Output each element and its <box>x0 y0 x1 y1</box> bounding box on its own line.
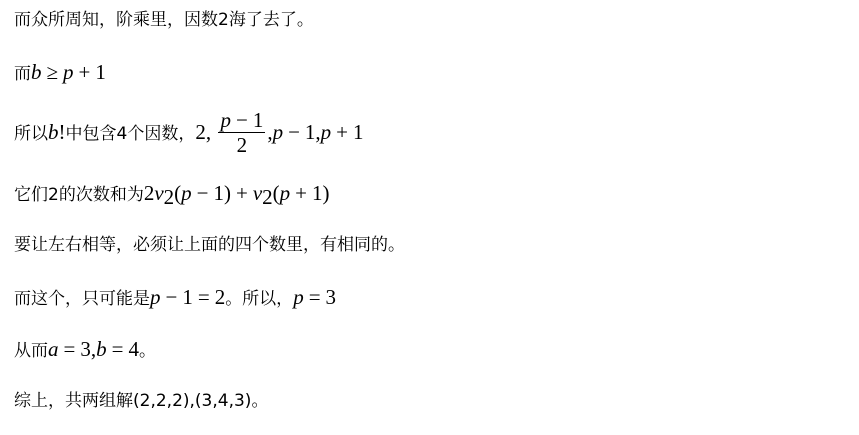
math-four: 4 <box>128 337 139 361</box>
math-factorial: ! <box>59 120 66 144</box>
math-one: 1 <box>95 60 106 84</box>
math-b: b <box>31 60 42 84</box>
math-v: v <box>154 181 163 205</box>
math-three: 3, <box>80 337 96 361</box>
math-two: 2 <box>144 181 155 205</box>
lparen2: ( <box>273 181 280 205</box>
math-plus: + <box>74 60 96 84</box>
fraction: p−1 2 <box>218 108 265 157</box>
math-b: b <box>96 337 107 361</box>
prefix: 而这个，只可能是 <box>14 289 150 309</box>
math-minus: − <box>161 285 183 309</box>
num-minus: − <box>231 108 253 132</box>
fraction-numerator: p−1 <box>218 108 265 133</box>
rparen2: ) <box>323 181 330 205</box>
text-line-2: 而b≥p+1 <box>14 60 106 86</box>
text-line-1: 而众所周知，阶乘里，因数2海了去了。 <box>14 8 314 32</box>
math-plus: + <box>231 181 253 205</box>
math-eq2: = <box>107 337 129 361</box>
math-one: 1, <box>305 120 321 144</box>
prefix: 而 <box>14 64 31 84</box>
math-sub: 2 <box>164 185 175 209</box>
text-line-6: 而这个，只可能是p−1=2。所以，p=3 <box>14 285 336 311</box>
text-line-3: 所以b!中包含4个因数，2, p−1 2 ,p−1,p+1 <box>14 104 364 162</box>
suffix: 。 <box>139 341 156 361</box>
middle-text: 中包含4个因数， <box>66 124 196 144</box>
math-one: 1 <box>182 285 193 309</box>
math-three: 3 <box>326 285 337 309</box>
num-one: 1 <box>253 108 264 132</box>
text-line-5: 要让左右相等，必须让上面的四个数里，有相同的。 <box>14 233 405 257</box>
math-p: p <box>150 285 161 309</box>
num-p: p <box>220 108 231 132</box>
math-eq2: = <box>304 285 326 309</box>
math-p2: p <box>280 181 291 205</box>
math-a: a <box>48 337 59 361</box>
math-b: b <box>48 120 59 144</box>
fraction-denominator: 2 <box>218 133 265 157</box>
math-plus: + <box>331 120 353 144</box>
math-plus2: + <box>290 181 312 205</box>
math-geq: ≥ <box>42 60 64 84</box>
math-v2: v <box>253 181 262 205</box>
math-one2: 1 <box>353 120 364 144</box>
math-p: p <box>273 120 284 144</box>
text-line-7: 从而a=3,b=4。 <box>14 337 156 363</box>
math-p2: p <box>321 120 332 144</box>
text-line-8: 综上，共两组解(2,2,2),(3,4,3)。 <box>14 389 268 413</box>
prefix: 所以 <box>14 124 48 144</box>
math-minus: − <box>283 120 305 144</box>
math-two: 2 <box>215 285 226 309</box>
prefix: 它们2的次数和为 <box>14 185 144 205</box>
prefix: 从而 <box>14 341 48 361</box>
math-two: 2, <box>195 120 211 144</box>
text-line-4: 它们2的次数和为2v2(p−1)+v2(p+1) <box>14 181 330 209</box>
math-eq: = <box>193 285 215 309</box>
rparen: ) <box>224 181 231 205</box>
math-sub2: 2 <box>262 185 273 209</box>
math-p2: p <box>293 285 304 309</box>
math-one2: 1 <box>312 181 323 205</box>
math-one: 1 <box>214 181 225 205</box>
math-eq: = <box>59 337 81 361</box>
math-minus: − <box>192 181 214 205</box>
math-p: p <box>63 60 74 84</box>
mid-text: 。所以， <box>225 289 293 309</box>
math-p: p <box>181 181 192 205</box>
